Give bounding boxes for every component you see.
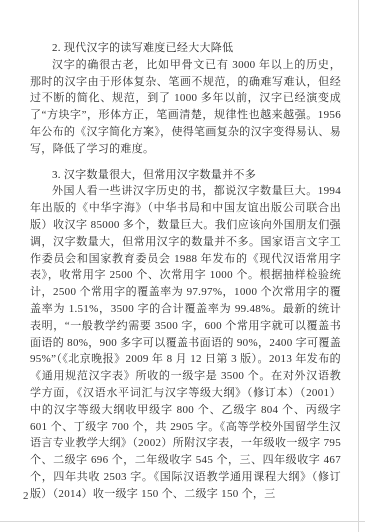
page-content: 2. 现代汉字的读写难度已经大大降低 汉字的确很古老，比如甲骨文已有 3000 …	[30, 40, 341, 503]
body-paragraph-modern-hanzi: 汉字的确很古老，比如甲骨文已有 3000 年以上的历史，那时的汉字由于形体复杂、…	[30, 57, 341, 158]
page-edge-bottom	[0, 521, 365, 522]
body-paragraph-hanzi-count: 外国人看一些讲汉字历史的书，都说汉字数量巨大。1994 年出版的《中华字海》（中…	[30, 183, 341, 502]
document-page: 2. 现代汉字的读写难度已经大大降低 汉字的确很古老，比如甲骨文已有 3000 …	[0, 0, 365, 532]
section-heading-hanzi-count: 3. 汉字数量很大，但常用汉字数量并不多	[30, 167, 341, 184]
page-edge-right	[358, 0, 359, 532]
page-number: 2	[23, 490, 29, 502]
section-heading-modern-hanzi: 2. 现代汉字的读写难度已经大大降低	[30, 40, 341, 57]
